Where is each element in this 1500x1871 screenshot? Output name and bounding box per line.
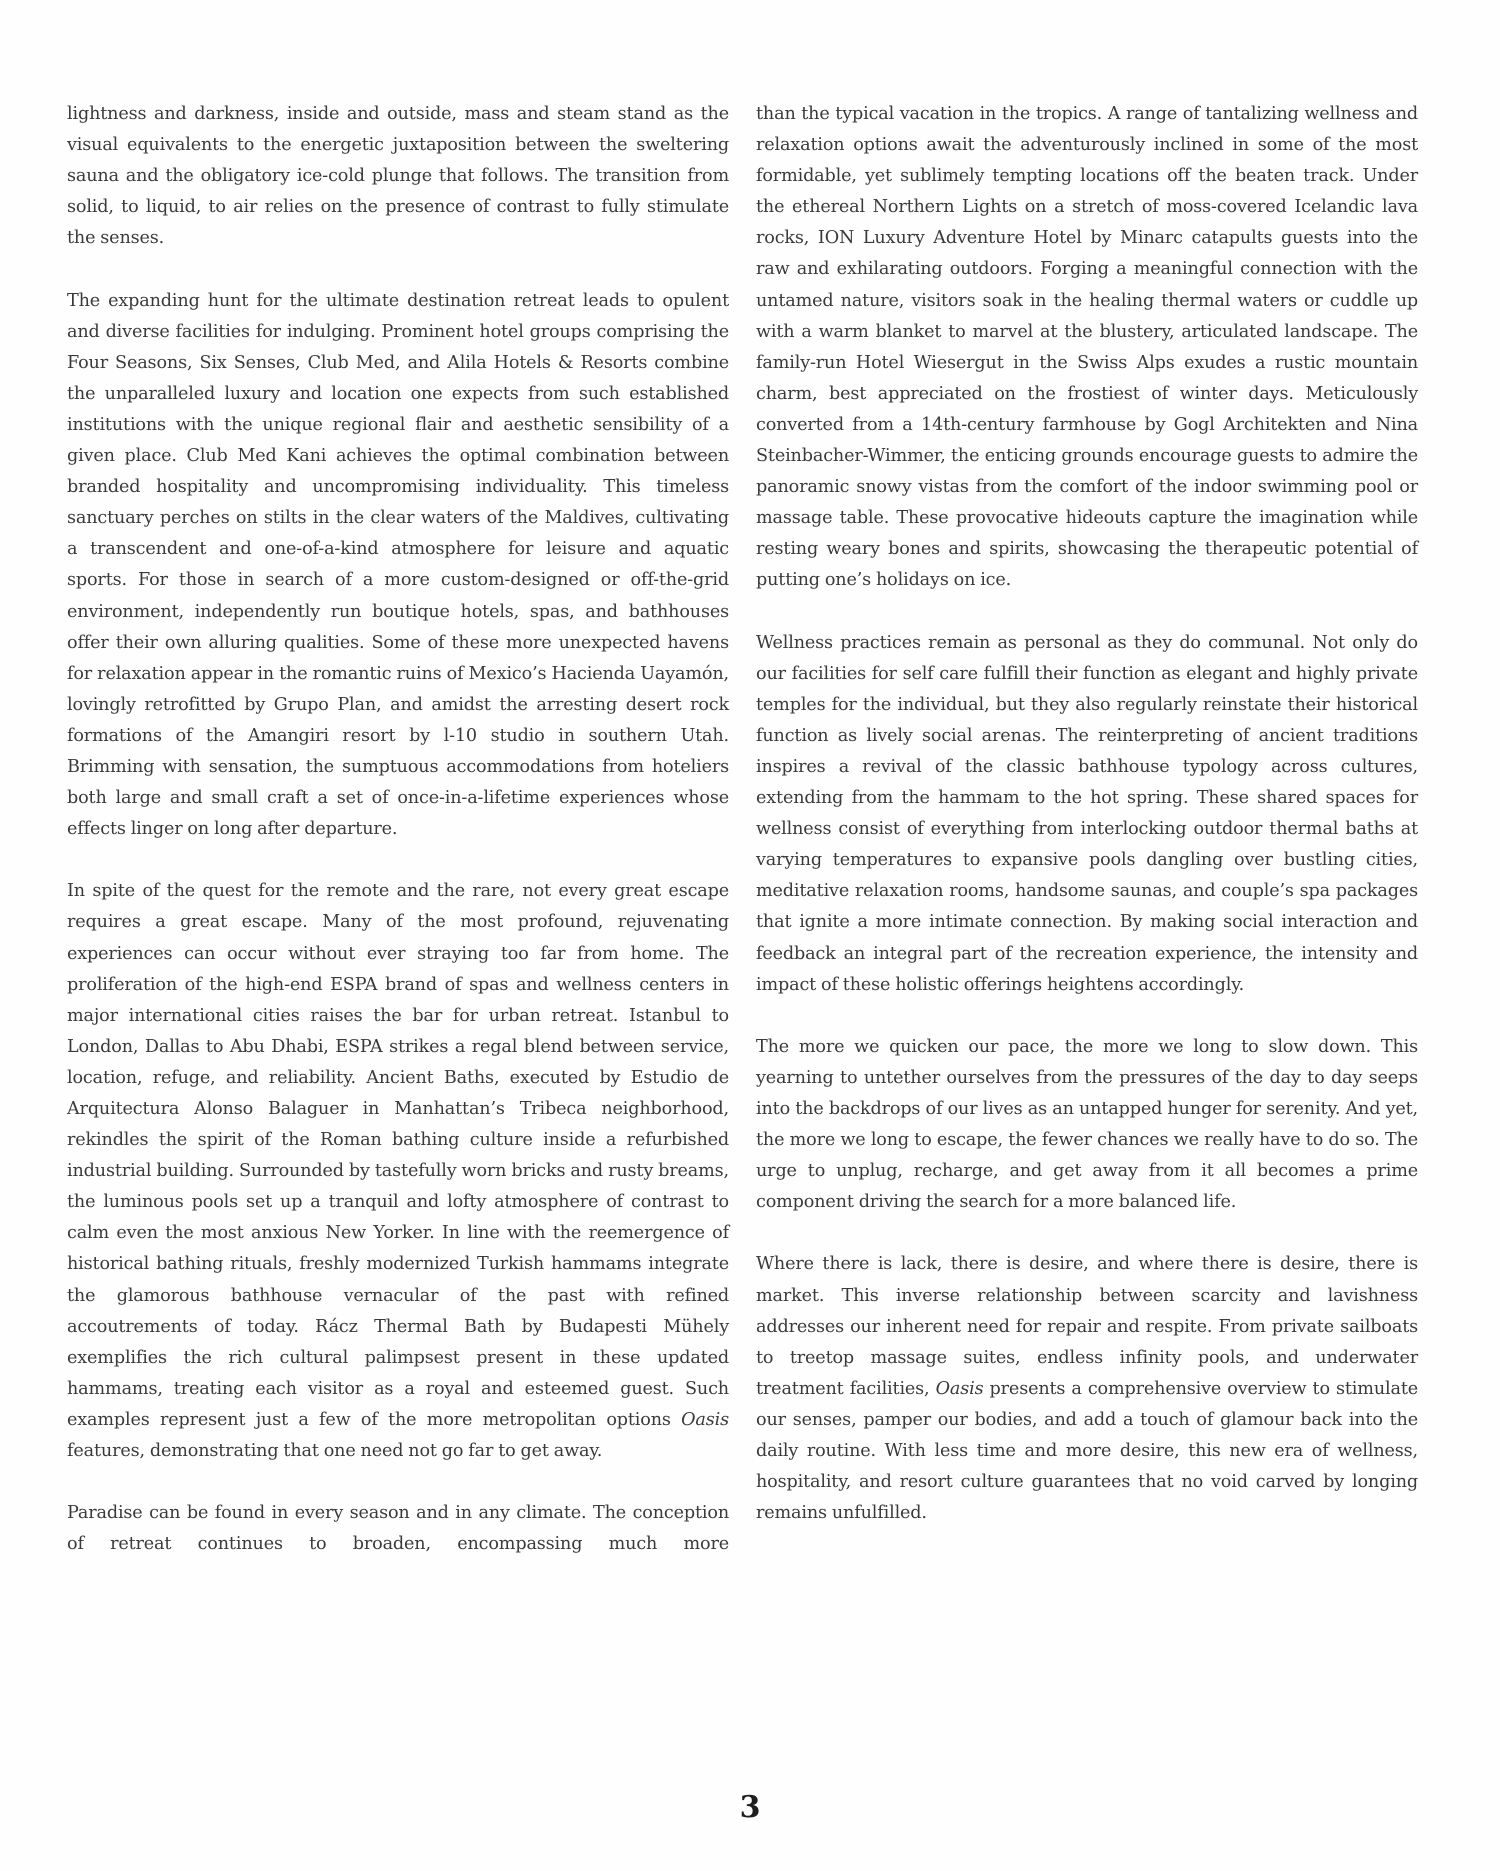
right-column: than the typical vacation in the tropics… (756, 99, 1418, 1560)
paragraph-slow-down: The more we quicken our pace, the more w… (756, 1032, 1418, 1219)
document-page: lightness and darkness, inside and outsi… (0, 0, 1500, 1871)
page-number: 3 (0, 1790, 1500, 1825)
publication-title-oasis: Oasis (681, 1410, 729, 1430)
paragraph-paradise: Paradise can be found in every season an… (67, 1498, 729, 1560)
paragraph-text: presents a comprehen­sive overview to st… (756, 1379, 1418, 1523)
paragraph-text: features, demonstrating that one need no… (67, 1441, 602, 1461)
left-column: lightness and darkness, inside and outsi… (67, 99, 729, 1592)
paragraph-wellness-communal: Wellness practices remain as personal as… (756, 628, 1418, 1001)
paragraph-destination-retreat: The expanding hunt for the ultimate dest… (67, 286, 729, 846)
paragraph-text: Where there is lack, there is desire, an… (756, 1254, 1418, 1398)
paragraph-adventure-retreats: than the typical vacation in the tropics… (756, 99, 1418, 597)
paragraph-text: In spite of the quest for the remote and… (67, 881, 729, 1430)
paragraph-sauna-contrast: lightness and darkness, inside and outsi… (67, 99, 729, 254)
publication-title-oasis: Oasis (936, 1379, 984, 1399)
paragraph-desire-market: Where there is lack, there is desire, an… (756, 1249, 1418, 1529)
paragraph-urban-escape: In spite of the quest for the remote and… (67, 876, 729, 1467)
